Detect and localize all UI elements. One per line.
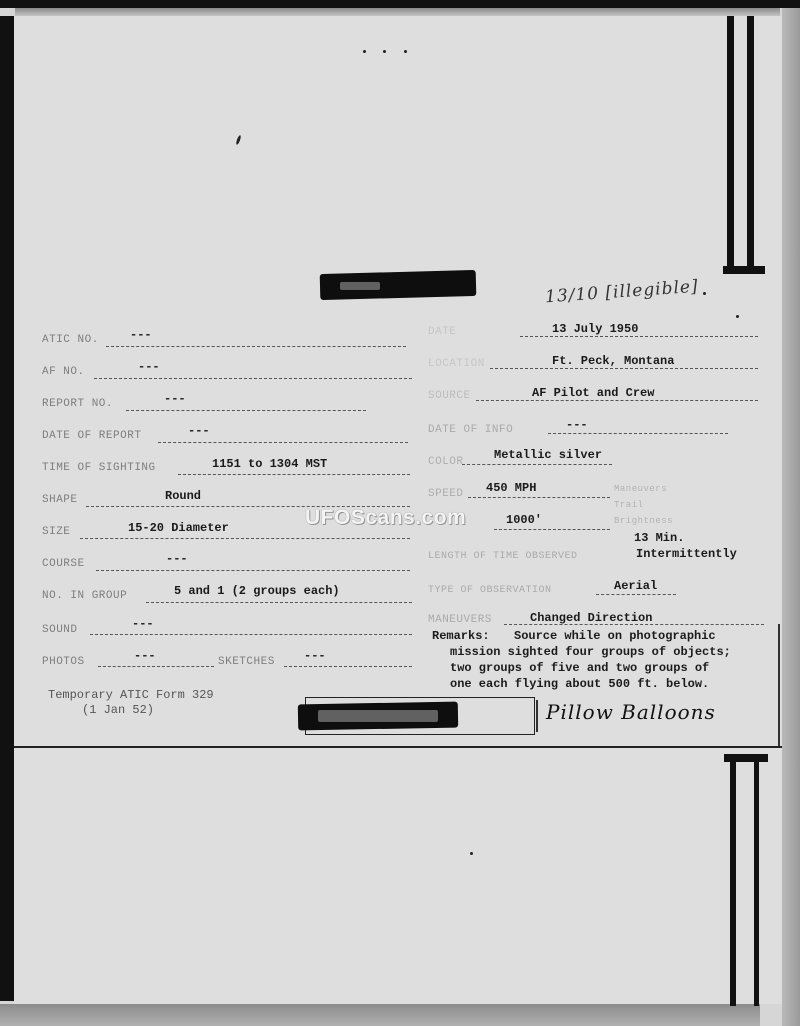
field-report-no: REPORT NO.	[42, 398, 113, 410]
field-label: NO. IN GROUP	[42, 590, 127, 602]
binding-rail-top-base	[723, 266, 765, 274]
field-value: Metallic silver	[494, 448, 602, 462]
side-label-maneuvers: Maneuvers	[614, 484, 667, 494]
binding-rail-top-right	[747, 16, 754, 274]
field-label: MANEUVERS	[428, 614, 492, 626]
remarks-label: Remarks:	[432, 629, 490, 644]
field-date-of-report: DATE OF REPORT	[42, 430, 141, 442]
field-underline	[126, 410, 366, 411]
field-value: Ft. Peck, Montana	[552, 354, 674, 368]
field-location: LOCATION	[428, 358, 485, 370]
field-value: ---	[164, 392, 186, 406]
scan-right-margin	[782, 8, 800, 1026]
field-label: AF NO.	[42, 366, 85, 378]
field-underline	[158, 442, 408, 443]
binding-rail-top-left	[727, 16, 734, 274]
binding-rail-bottom-right	[754, 756, 759, 1006]
field-date: DATE	[428, 326, 456, 338]
field-label: PHOTOS	[42, 656, 85, 668]
field-value: 1000'	[506, 513, 542, 527]
field-underline	[468, 497, 610, 498]
field-label: SOURCE	[428, 390, 471, 402]
field-size: SIZE	[42, 526, 70, 538]
field-underline	[178, 474, 410, 475]
field-underline	[504, 624, 764, 625]
field-underline	[284, 666, 412, 667]
field-underline	[98, 666, 214, 667]
speck	[470, 852, 473, 855]
field-speed: SPEED	[428, 488, 464, 500]
field-label: SKETCHES	[218, 656, 275, 668]
field-label: SOUND	[42, 624, 78, 636]
field-value: ---	[134, 649, 156, 663]
field-underline	[462, 464, 612, 465]
redaction-texture	[318, 710, 438, 722]
field-label: TYPE OF OBSERVATION	[428, 585, 552, 596]
field-underline	[520, 336, 758, 337]
field-date-of-info: DATE OF INFO	[428, 424, 513, 436]
field-label: SIZE	[42, 526, 70, 538]
field-underline	[94, 378, 412, 379]
field-value: ---	[566, 418, 588, 432]
field-value: 5 and 1 (2 groups each)	[174, 584, 340, 598]
field-label: DATE OF REPORT	[42, 430, 141, 442]
field-underline	[106, 346, 406, 347]
field-underline	[490, 368, 758, 369]
remarks-line-2: mission sighted four groups of objects;	[450, 645, 731, 660]
field-underline	[548, 433, 728, 434]
field-value: ---	[138, 360, 160, 374]
speck	[736, 315, 739, 318]
field-value: 15-20 Diameter	[128, 521, 229, 535]
field-value: ---	[130, 328, 152, 342]
speck	[383, 50, 386, 53]
field-value: 1151 to 1304 MST	[212, 457, 327, 471]
field-value: Round	[165, 489, 201, 503]
field-value: ---	[166, 552, 188, 566]
field-sketches: SKETCHES	[218, 656, 275, 668]
field-underline	[494, 529, 610, 530]
right-box-border	[778, 624, 780, 746]
field-photos: PHOTOS	[42, 656, 85, 668]
field-value: Aerial	[614, 579, 657, 593]
field-value-length-line2: Intermittently	[636, 547, 737, 561]
field-maneuvers: MANEUVERS	[428, 614, 492, 626]
watermark: UFOScans.com	[305, 506, 466, 530]
remarks-line-3: two groups of five and two groups of	[450, 661, 709, 676]
speck	[703, 292, 706, 295]
field-label: DATE	[428, 326, 456, 338]
field-value: 450 MPH	[486, 481, 536, 495]
field-label: TIME OF SIGHTING	[42, 462, 156, 474]
field-value: 13 July 1950	[552, 322, 638, 336]
field-label: LENGTH OF TIME OBSERVED	[428, 551, 578, 562]
field-label: ATIC NO.	[42, 334, 99, 346]
field-value: AF Pilot and Crew	[532, 386, 654, 400]
field-label: COLOR	[428, 456, 464, 468]
field-underline	[146, 602, 412, 603]
speck	[404, 50, 407, 53]
field-label: LOCATION	[428, 358, 485, 370]
field-time-of-sighting: TIME OF SIGHTING	[42, 462, 156, 474]
field-value: ---	[304, 649, 326, 663]
field-shape: SHAPE	[42, 494, 78, 506]
field-course: COURSE	[42, 558, 85, 570]
scan-bottom-shadow	[0, 1004, 760, 1026]
field-sound: SOUND	[42, 624, 78, 636]
field-label: DATE OF INFO	[428, 424, 513, 436]
field-underline	[596, 594, 676, 595]
field-af-no: AF NO.	[42, 366, 85, 378]
scan-top-shadow	[15, 8, 780, 16]
field-underline	[80, 538, 410, 539]
binding-rail-bottom-left	[730, 756, 736, 1006]
field-value: Changed Direction	[530, 611, 652, 625]
field-label: REPORT NO.	[42, 398, 113, 410]
remarks-line-1: Source while on photographic	[514, 629, 716, 644]
field-underline	[96, 570, 410, 571]
field-length-of-time-observed: LENGTH OF TIME OBSERVED	[428, 550, 578, 562]
field-label: COURSE	[42, 558, 85, 570]
remarks-line-4: one each flying about 500 ft. below.	[450, 677, 709, 692]
signature-divider	[536, 700, 538, 732]
field-color: COLOR	[428, 456, 464, 468]
field-label: SPEED	[428, 488, 464, 500]
redaction-texture	[340, 282, 380, 290]
form-date: (1 Jan 52)	[82, 703, 154, 717]
field-label: SHAPE	[42, 494, 78, 506]
field-no-in-group: NO. IN GROUP	[42, 590, 127, 602]
field-value-length-line1: 13 Min.	[634, 531, 684, 545]
field-source: SOURCE	[428, 390, 471, 402]
scan-left-border	[0, 16, 14, 1001]
side-label-brightness: Brightness	[614, 516, 673, 526]
field-underline	[90, 634, 412, 635]
form-name: Temporary ATIC Form 329	[48, 688, 214, 702]
field-value: ---	[188, 424, 210, 438]
scan-top-border	[0, 0, 800, 8]
scanned-document: 13/10 [illegible] ATIC NO. --- AF NO. --…	[0, 0, 800, 1026]
side-label-trail: Trail	[614, 500, 644, 510]
field-atic-no: ATIC NO.	[42, 334, 99, 346]
speck	[363, 50, 366, 53]
handwritten-annotation: Pillow Balloons	[546, 700, 716, 724]
form-bottom-rule	[14, 746, 782, 748]
field-value: ---	[132, 617, 154, 631]
field-type-of-observation: TYPE OF OBSERVATION	[428, 584, 552, 596]
field-underline	[476, 400, 758, 401]
